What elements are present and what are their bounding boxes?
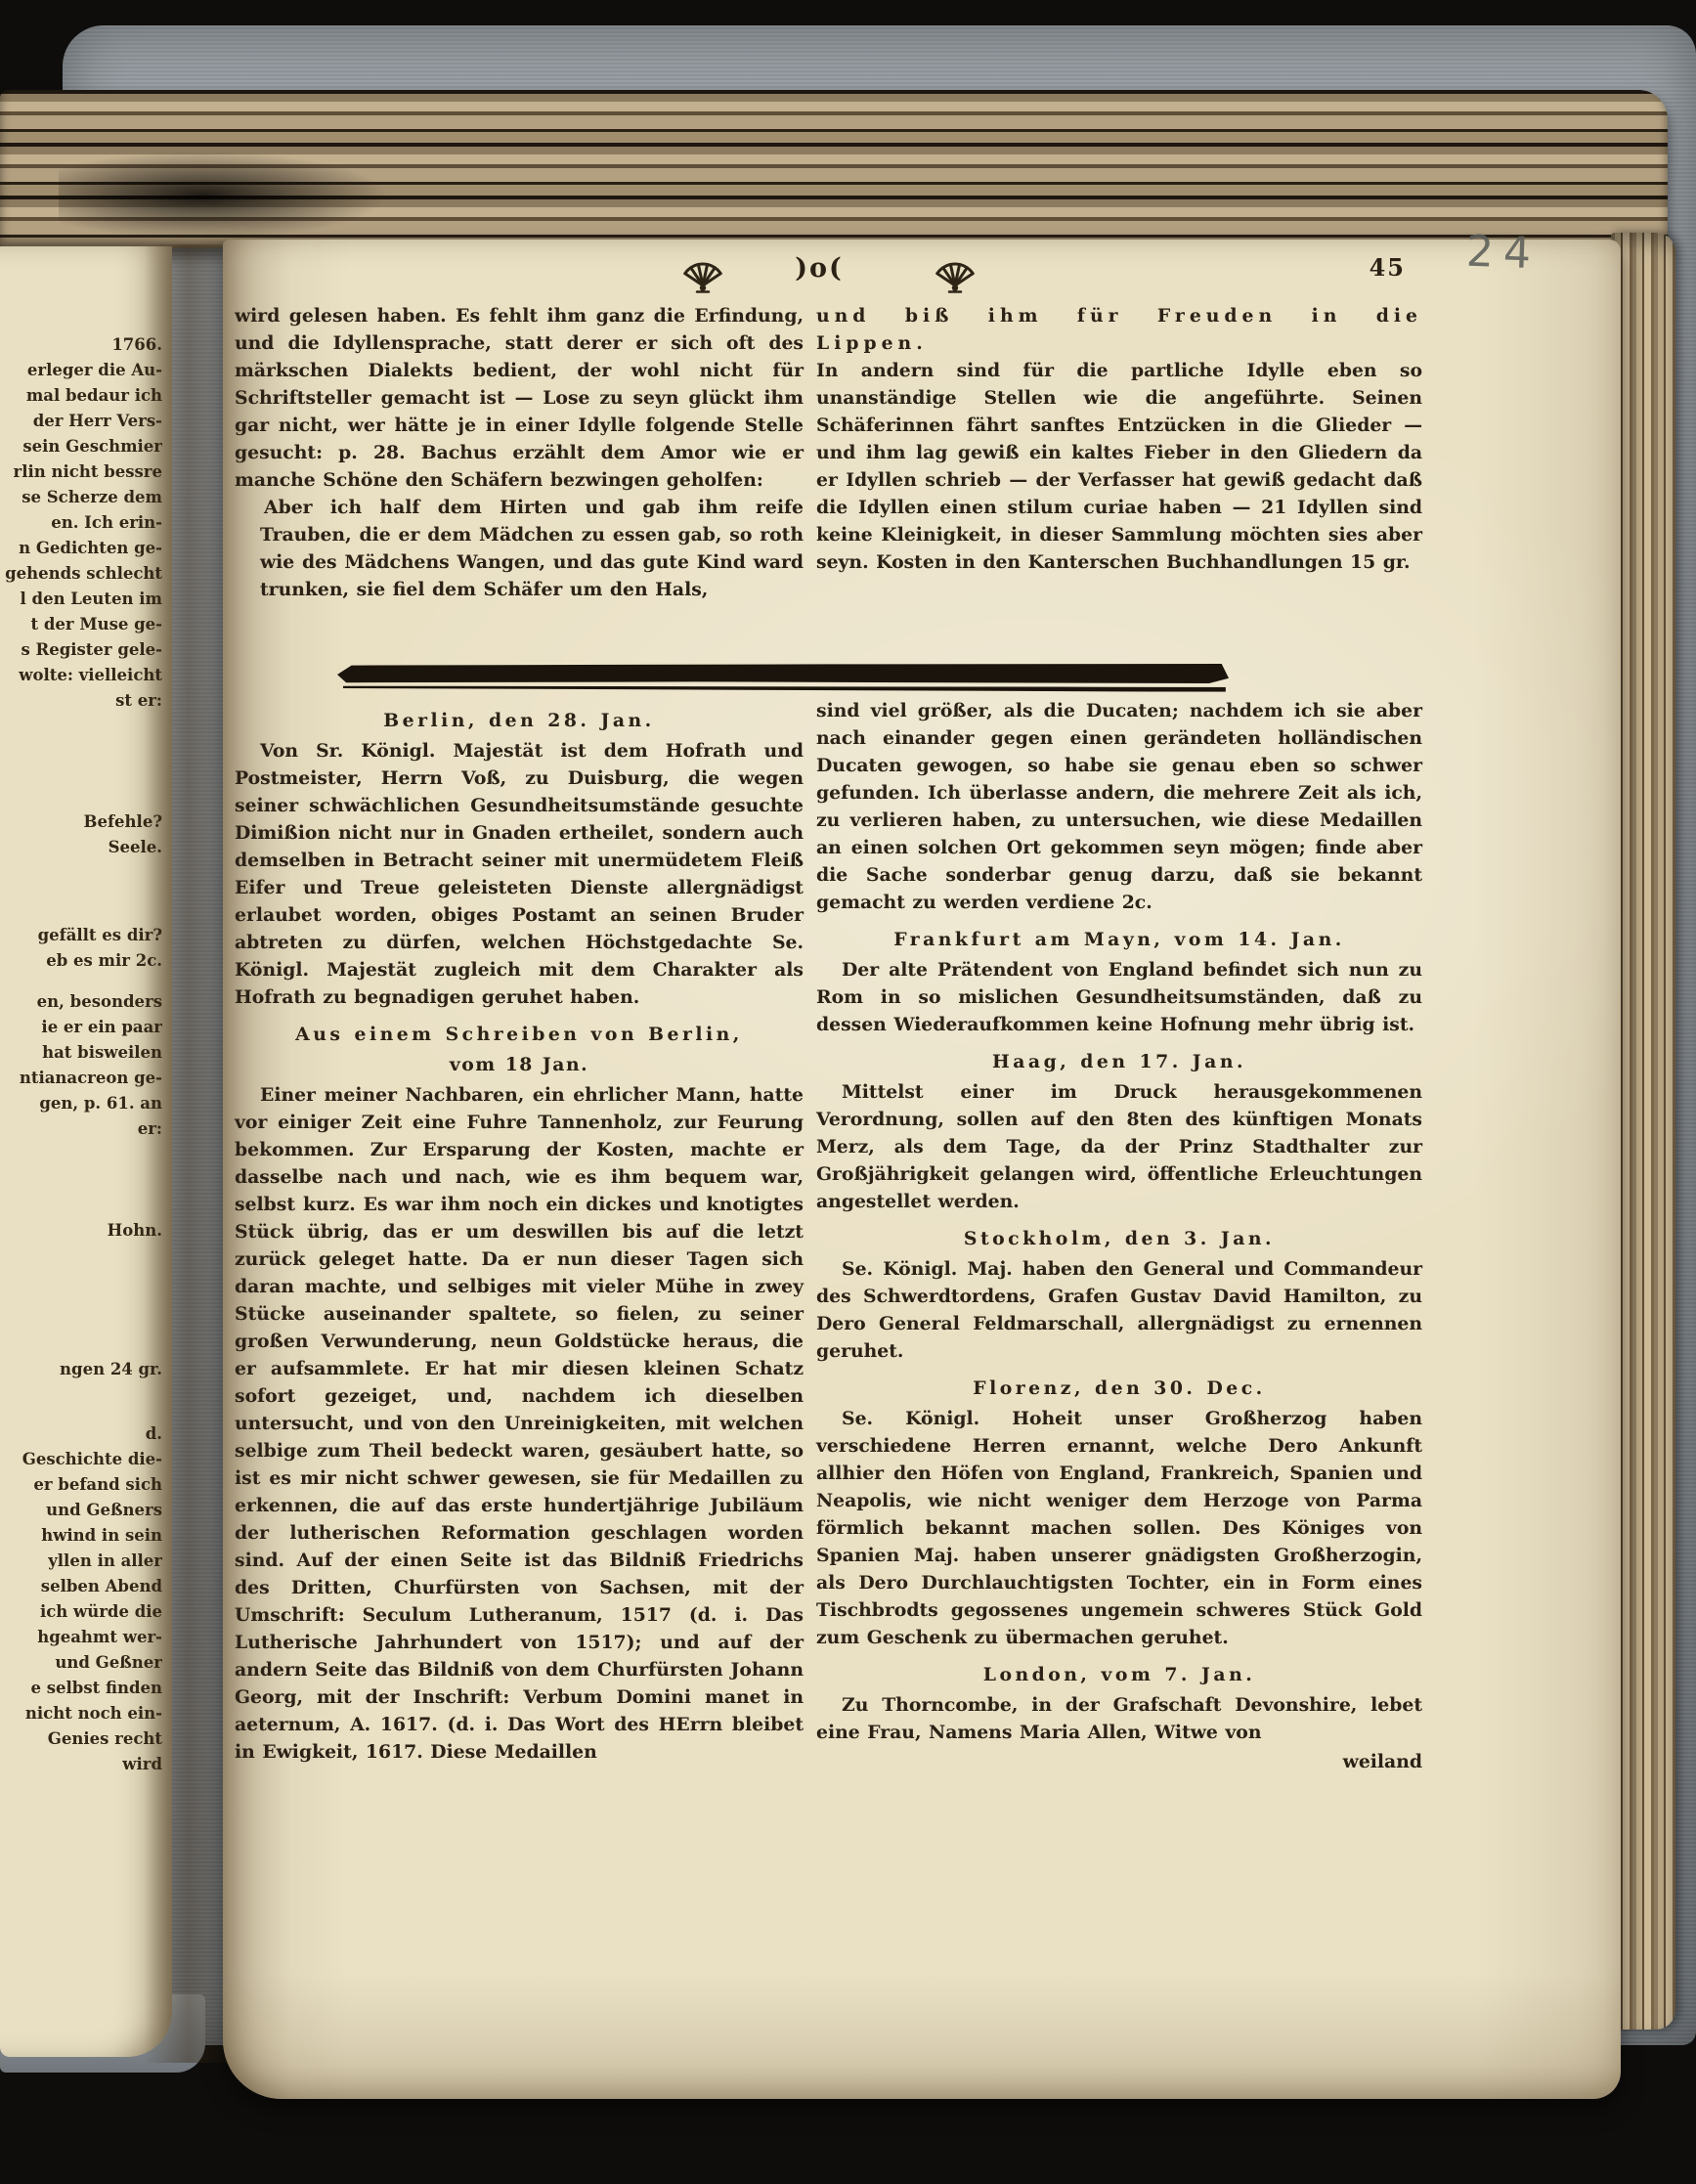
left-page-fragment-line: gen, p. 61. an [0, 1091, 162, 1116]
article-dateline: Florenz, den 30. Dec. [816, 1375, 1422, 1402]
page-number: 45 [1327, 253, 1406, 282]
left-page-fragment-block: d.Geschichte die-er befand sichund Geßne… [0, 1421, 162, 1777]
left-page-fragment-line: gehends schlecht [0, 561, 162, 587]
left-page-fragment-line: se Scherze dem [0, 485, 162, 510]
article-paragraph: Von Sr. Königl. Majestät ist dem Hofrath… [235, 737, 804, 1011]
left-page-fragment-line: Seele. [0, 835, 162, 860]
previous-page-text: 1766.erleger die Au-mal bedaur ichder He… [0, 332, 162, 1777]
article-dateline: Haag, den 17. Jan. [816, 1048, 1422, 1075]
left-page-fragment-line: nicht noch ein- [0, 1701, 162, 1726]
article-paragraph: Se. Königl. Maj. haben den General und C… [816, 1255, 1422, 1365]
article-dateline: Aus einem Schreiben von Berlin, [235, 1021, 804, 1048]
left-page-fragment-line: der Herr Vers- [0, 409, 162, 434]
left-page-fragment-line: yllen in aller [0, 1549, 162, 1574]
left-page-fragment-line: hwind in sein [0, 1523, 162, 1549]
article-paragraph: sind viel größer, als die Ducaten; nachd… [816, 697, 1422, 916]
left-page-fragment-block: Befehle?Seele. [0, 809, 162, 860]
section-divider-rule [337, 662, 1229, 691]
left-page-fragment-line: s Register gele- [0, 637, 162, 663]
left-page-fragment-line: 1766. [0, 332, 162, 358]
article-dateline: Frankfurt am Mayn, vom 14. Jan. [816, 926, 1422, 953]
column-top-left: wird gelesen haben. Es fehlt ihm ganz di… [235, 302, 804, 603]
left-page-fragment-line: und Geßner [0, 1650, 162, 1676]
shell-ornament-icon [933, 255, 978, 298]
left-page-fragment-block: ngen 24 gr. [0, 1357, 162, 1382]
left-page-fragment-line: ngen 24 gr. [0, 1357, 162, 1382]
left-page-fragment-block: Hohn. [0, 1218, 162, 1244]
newspaper-page: 24 )o( [223, 240, 1621, 2099]
column-bottom-right: sind viel größer, als die Ducaten; nachd… [816, 697, 1422, 1775]
left-page-fragment-line: e selbst finden [0, 1676, 162, 1701]
left-page-fragment-line: er befand sich [0, 1472, 162, 1498]
article-paragraph: wird gelesen haben. Es fehlt ihm ganz di… [235, 302, 804, 494]
column-top-right: und biß ihm für Freuden in die Lippen.In… [816, 302, 1422, 576]
left-page-fragment-line: rlin nicht bessre [0, 459, 162, 485]
left-page-fragment-line: und Geßners [0, 1498, 162, 1523]
left-page-fragment-line: wolte: vielleicht [0, 663, 162, 688]
article-paragraph: Se. Königl. Hoheit unser Großherzog habe… [816, 1405, 1422, 1651]
article-paragraph: Mittelst einer im Druck herausgekommenen… [816, 1078, 1422, 1215]
article-paragraph: Einer meiner Nachbaren, ein ehrlicher Ma… [235, 1081, 804, 1766]
left-page-fragment-line: t der Muse ge- [0, 612, 162, 637]
article-dateline: Berlin, den 28. Jan. [235, 707, 804, 734]
left-page-fragment-line: mal bedaur ich [0, 383, 162, 409]
left-page-fragment-line: d. [0, 1421, 162, 1447]
left-page-fragment-line: Hohn. [0, 1218, 162, 1244]
article-paragraph: Der alte Prätendent von England befindet… [816, 956, 1422, 1038]
article-paragraph: In andern sind für die partliche Idylle … [816, 357, 1422, 576]
divider-thin-line [343, 685, 1226, 692]
left-page-fragment-line: Befehle? [0, 809, 162, 835]
left-page-fragment-line: sein Geschmier [0, 434, 162, 459]
left-page-fragment-line: Geschichte die- [0, 1447, 162, 1472]
previous-page-fragment: 1766.erleger die Au-mal bedaur ichder He… [0, 246, 172, 2057]
left-page-fragment-line: st er: [0, 688, 162, 714]
article-dateline: Stockholm, den 3. Jan. [816, 1225, 1422, 1252]
shell-ornament-icon [680, 255, 725, 298]
left-page-fragment-line: l den Leuten im [0, 587, 162, 612]
left-page-fragment-line: ntianacreon ge- [0, 1066, 162, 1091]
left-page-fragment-line: selben Abend [0, 1574, 162, 1599]
left-page-fragment-line: erleger die Au- [0, 358, 162, 383]
left-page-fragment-line: eb es mir 2c. [0, 948, 162, 974]
article-dateline-sub: vom 18 Jan. [235, 1051, 804, 1078]
left-page-fragment-line: er: [0, 1116, 162, 1142]
left-page-fragment-line: ie er ein paar [0, 1015, 162, 1040]
left-page-fragment-block: en, besondersie er ein paarhat bisweilen… [0, 989, 162, 1142]
left-page-fragment-line: gefällt es dir? [0, 923, 162, 948]
divider-thick-bar [337, 664, 1229, 683]
left-page-fragment-line: ich würde die [0, 1599, 162, 1625]
page-stack-shadow [59, 147, 469, 244]
article-paragraph-spaced: und biß ihm für Freuden in die Lippen. [816, 302, 1422, 357]
photo-of-open-book: 1766.erleger die Au-mal bedaur ichder He… [0, 0, 1696, 2184]
left-page-fragment-line: wird [0, 1752, 162, 1777]
left-page-fragment-line: Genies recht [0, 1726, 162, 1752]
left-page-fragment-line: en, besonders [0, 989, 162, 1015]
column-bottom-left: Berlin, den 28. Jan.Von Sr. Königl. Maje… [235, 697, 804, 1766]
verse-quote: Aber ich half dem Hirten und gab ihm rei… [235, 494, 804, 603]
article-dateline: London, vom 7. Jan. [816, 1661, 1422, 1688]
left-page-fragment-block: gefällt es dir?eb es mir 2c. [0, 923, 162, 974]
article-paragraph: Zu Thorncombe, in der Grafschaft Devonsh… [816, 1691, 1422, 1746]
left-page-fragment-line: en. Ich erin- [0, 510, 162, 536]
page-header: )o( 45 [223, 253, 1621, 298]
left-page-fragment-line: n Gedichten ge- [0, 536, 162, 561]
catchword: weiland [816, 1748, 1422, 1775]
printers-rule-mark: )o( [780, 253, 858, 284]
left-page-fragment-line: hgeahmt wer- [0, 1625, 162, 1650]
left-page-fragment-line: hat bisweilen [0, 1040, 162, 1066]
left-page-fragment-block: 1766.erleger die Au-mal bedaur ichder He… [0, 332, 162, 714]
